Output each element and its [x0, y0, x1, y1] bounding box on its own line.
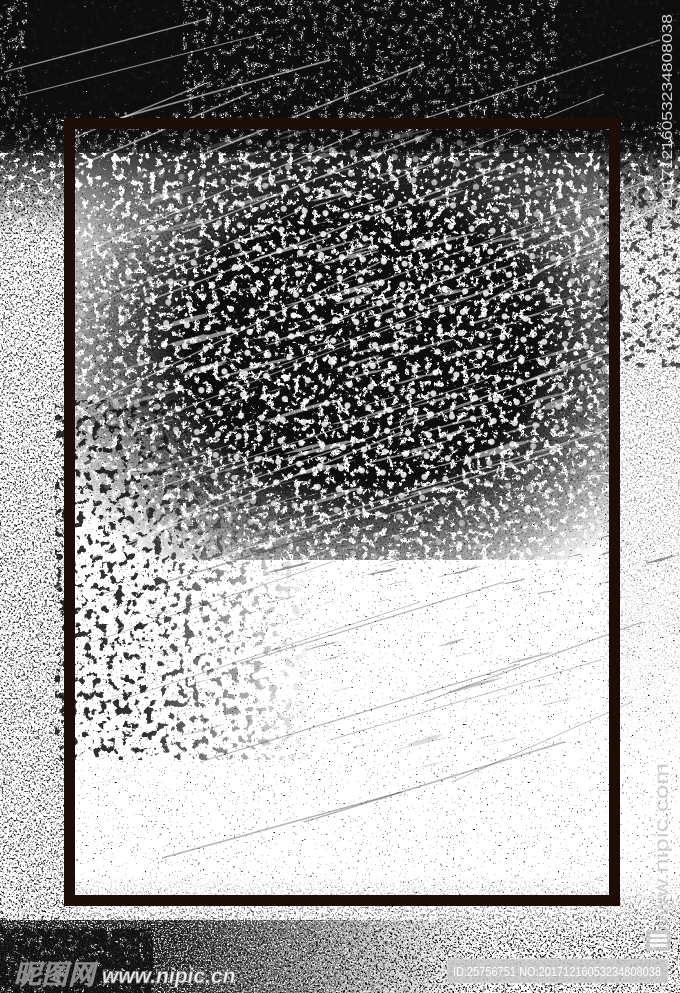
nipic-logo-icon	[646, 930, 671, 951]
grunge-texture-image: 昵图网 www.nipic.cn ID:25756751 NO:20171216…	[0, 0, 680, 993]
site-url-cn-watermark: www.nipic.cn	[102, 965, 235, 988]
site-name-cn-watermark: 昵图网	[14, 960, 100, 990]
byline-vertical-watermark: By:evmx360 No:20171216053234808038	[660, 14, 676, 336]
id-watermark-text: ID:25756751 NO:20171216053234808038	[453, 965, 661, 979]
site-url-vertical-watermark: www.nipic.com	[652, 763, 673, 936]
watermark-bottom-left: 昵图网 www.nipic.cn	[14, 960, 235, 990]
id-watermark-bar: ID:25756751 NO:20171216053234808038	[447, 959, 668, 983]
grunge-canvas: 昵图网 www.nipic.cn ID:25756751 NO:20171216…	[0, 0, 680, 993]
